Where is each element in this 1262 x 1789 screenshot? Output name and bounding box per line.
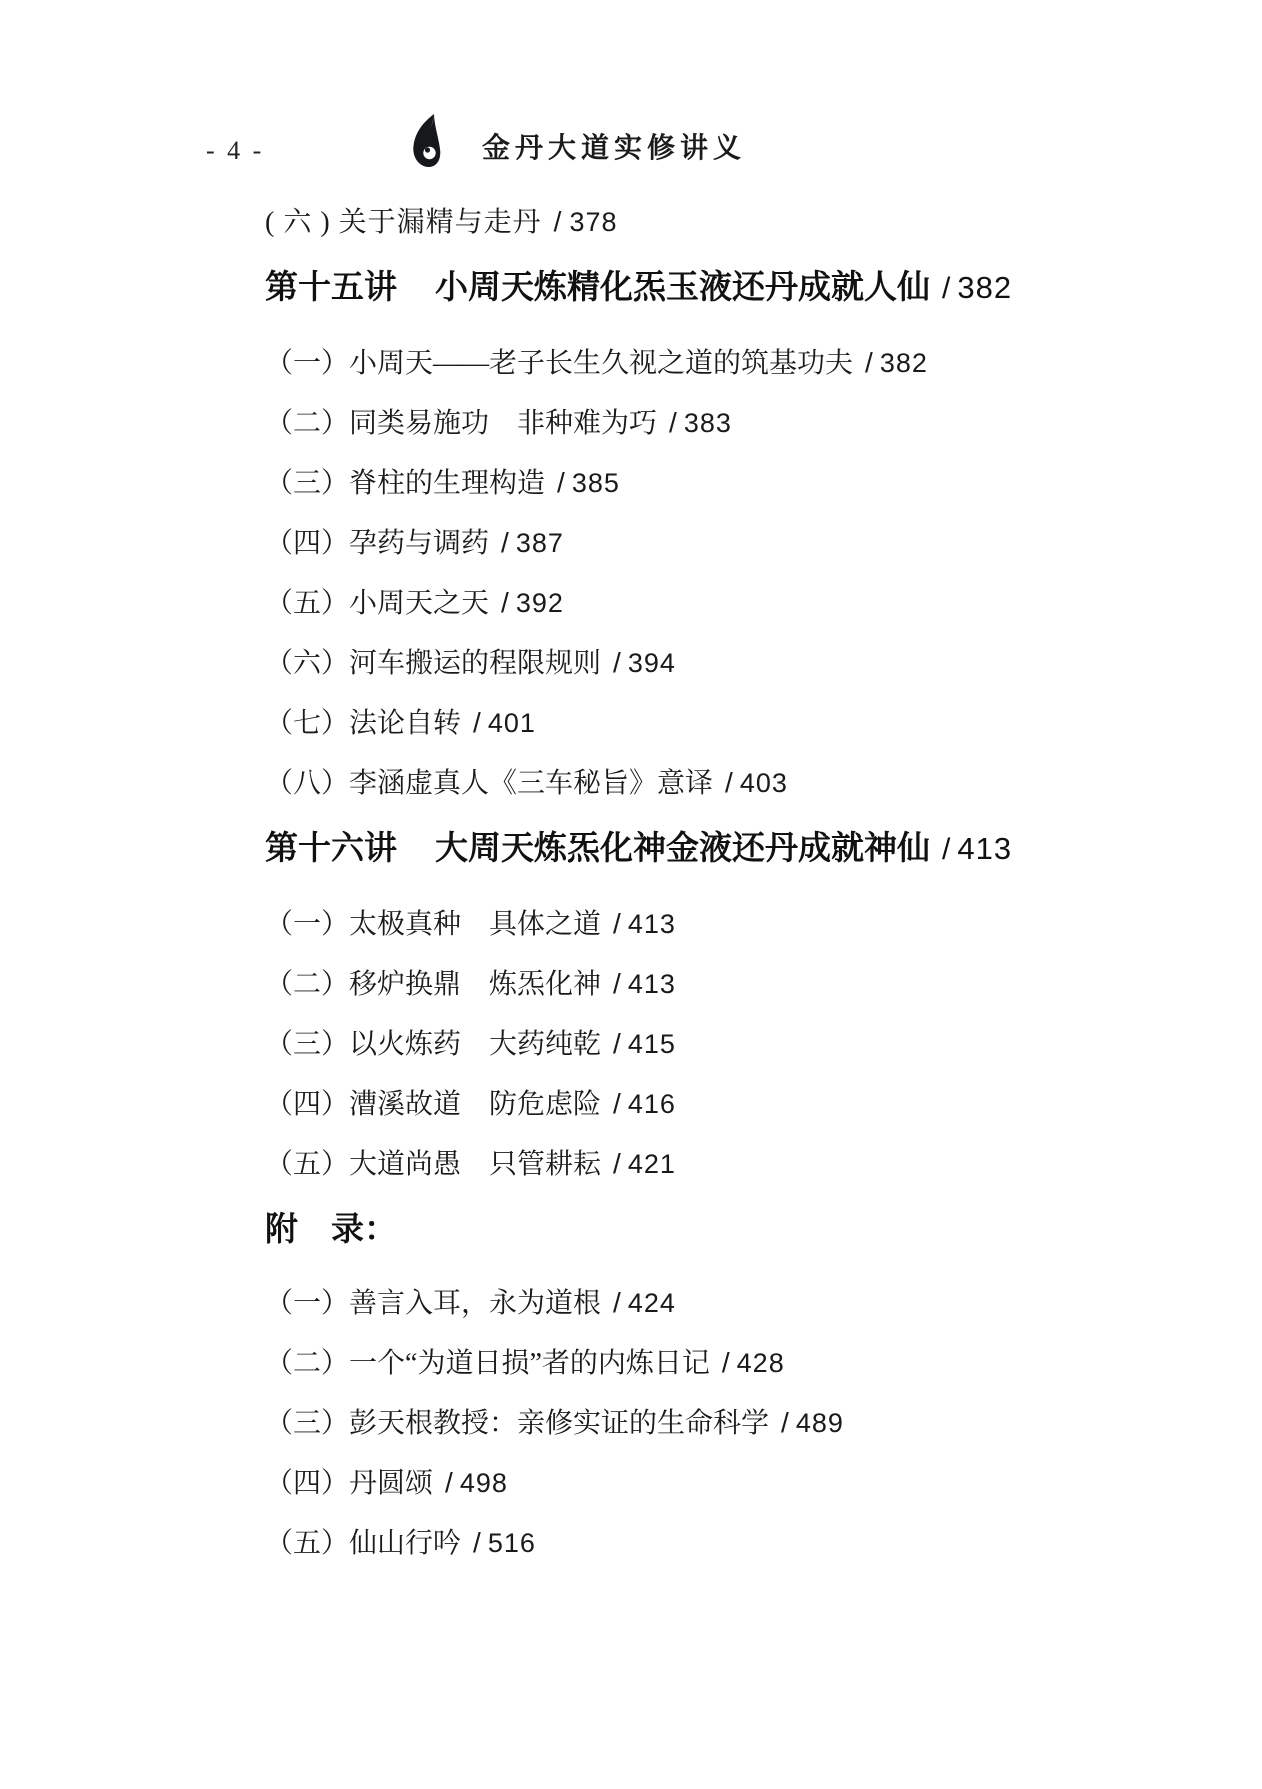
entry-page: 428 <box>737 1348 785 1378</box>
entry-title: 河车搬运的程限规则 <box>349 648 601 679</box>
toc-entry-appendix-1: （一）善言入耳，永为道根/424 <box>265 1286 1205 1321</box>
chapter-16-heading: 第十六讲大周天炼炁化神金液还丹成就神仙/413 <box>265 827 1205 871</box>
entry-divider: / <box>865 347 873 378</box>
entry-page: 403 <box>740 768 788 798</box>
entry-divider: / <box>669 407 677 438</box>
entry-title: 彭天根教授：亲修实证的生命科学 <box>349 1408 769 1439</box>
entry-page: 387 <box>516 528 564 558</box>
entry-label: （五） <box>265 588 349 619</box>
entry-divider: / <box>613 1088 621 1119</box>
entry-page: 416 <box>628 1089 676 1119</box>
book-title: 金丹大道实修讲义 <box>482 126 746 166</box>
entry-page: 489 <box>796 1408 844 1438</box>
toc-entry-appendix-4: （四）丹圆颂/498 <box>265 1466 1205 1501</box>
entry-title: 小周天之天 <box>349 588 489 619</box>
entry-page: 378 <box>569 207 617 237</box>
entry-divider: / <box>473 1527 481 1558</box>
entry-page: 421 <box>628 1149 676 1179</box>
entry-divider: / <box>613 1028 621 1059</box>
entry-title: 小周天——老子长生久视之道的筑基功夫 <box>349 348 853 379</box>
entry-title: 丹圆颂 <box>349 1468 433 1499</box>
entry-divider: / <box>501 527 509 558</box>
book-page: - 4 - 金丹大道实修讲义 ( 六 ) 关于漏精与走丹/378 第十五讲小周天… <box>0 0 1262 1789</box>
entry-title: 李涵虚真人《三车秘旨》意译 <box>349 768 713 799</box>
entry-page: 516 <box>488 1528 536 1558</box>
entry-title: 大道尚愚 只管耕耘 <box>349 1149 601 1180</box>
entry-label: （四） <box>265 1089 349 1120</box>
chapter-label: 第十五讲 <box>265 268 397 305</box>
entry-label: （一） <box>265 909 349 940</box>
toc-entry-15-5: （五）小周天之天/392 <box>265 586 1205 621</box>
entry-label: （四） <box>265 1468 349 1499</box>
toc-entry-15-3: （三）脊柱的生理构造/385 <box>265 466 1205 501</box>
entry-page: 394 <box>628 648 676 678</box>
entry-title: 漕溪故道 防危虑险 <box>349 1089 601 1120</box>
entry-label: （六） <box>265 648 349 679</box>
entry-divider: / <box>613 908 621 939</box>
entry-page: 413 <box>628 909 676 939</box>
entry-title: 以火炼药 大药纯乾 <box>349 1029 601 1060</box>
toc-entry-15-7: （七）法论自转/401 <box>265 706 1205 741</box>
entry-label: （四） <box>265 528 349 559</box>
entry-divider: / <box>613 647 621 678</box>
entry-divider: / <box>557 467 565 498</box>
entry-label: （一） <box>265 1288 349 1319</box>
toc-entry-16-1: （一）太极真种 具体之道/413 <box>265 907 1205 942</box>
toc-entry-15-1: （一）小周天——老子长生久视之道的筑基功夫/382 <box>265 346 1205 381</box>
table-of-contents: ( 六 ) 关于漏精与走丹/378 第十五讲小周天炼精化炁玉液还丹成就人仙/38… <box>265 205 1205 1586</box>
entry-label: ( 六 ) <box>265 207 339 238</box>
toc-entry-carryover-6: ( 六 ) 关于漏精与走丹/378 <box>265 205 1205 240</box>
entry-title: 法论自转 <box>349 708 461 739</box>
entry-label: （三） <box>265 1408 349 1439</box>
entry-page: 498 <box>460 1468 508 1498</box>
toc-entry-appendix-3: （三）彭天根教授：亲修实证的生命科学/489 <box>265 1406 1205 1441</box>
taiji-fish-icon <box>406 112 442 170</box>
entry-label: （五） <box>265 1528 349 1559</box>
entry-divider: / <box>942 833 950 866</box>
entry-page: 382 <box>957 270 1012 305</box>
toc-entry-16-4: （四）漕溪故道 防危虑险/416 <box>265 1087 1205 1122</box>
entry-title: 脊柱的生理构造 <box>349 468 545 499</box>
toc-entry-15-8: （八）李涵虚真人《三车秘旨》意译/403 <box>265 766 1205 801</box>
entry-page: 392 <box>516 588 564 618</box>
entry-title: 太极真种 具体之道 <box>349 909 601 940</box>
toc-entry-appendix-2: （二）一个“为道日损”者的内炼日记/428 <box>265 1346 1205 1381</box>
entry-page: 424 <box>628 1288 676 1318</box>
chapter-label: 第十六讲 <box>265 829 397 866</box>
entry-label: （三） <box>265 1029 349 1060</box>
toc-entry-15-6: （六）河车搬运的程限规则/394 <box>265 646 1205 681</box>
entry-page: 383 <box>684 408 732 438</box>
entry-title: 一个“为道日损”者的内炼日记 <box>349 1348 710 1379</box>
chapter-15-heading: 第十五讲小周天炼精化炁玉液还丹成就人仙/382 <box>265 266 1205 310</box>
entry-label: （三） <box>265 468 349 499</box>
entry-label: （二） <box>265 1348 349 1379</box>
entry-divider: / <box>473 707 481 738</box>
page-header: - 4 - 金丹大道实修讲义 <box>0 112 1262 176</box>
entry-divider: / <box>781 1407 789 1438</box>
entry-divider: / <box>501 587 509 618</box>
entry-label: （八） <box>265 768 349 799</box>
toc-entry-16-5: （五）大道尚愚 只管耕耘/421 <box>265 1147 1205 1182</box>
entry-title: 孕药与调药 <box>349 528 489 559</box>
entry-page: 413 <box>628 969 676 999</box>
entry-divider: / <box>942 272 950 305</box>
entry-label: （五） <box>265 1149 349 1180</box>
appendix-label: 附 录： <box>265 1210 397 1247</box>
toc-entry-16-2: （二）移炉换鼎 炼炁化神/413 <box>265 967 1205 1002</box>
entry-title: 善言入耳，永为道根 <box>349 1288 601 1319</box>
chapter-title: 大周天炼炁化神金液还丹成就神仙 <box>435 829 930 866</box>
entry-label: （一） <box>265 348 349 379</box>
entry-title: 仙山行吟 <box>349 1528 461 1559</box>
entry-divider: / <box>445 1467 453 1498</box>
entry-divider: / <box>725 767 733 798</box>
page-number: - 4 - <box>206 136 264 166</box>
entry-page: 382 <box>880 348 928 378</box>
entry-divider: / <box>613 968 621 999</box>
entry-page: 415 <box>628 1029 676 1059</box>
chapter-title: 小周天炼精化炁玉液还丹成就人仙 <box>435 268 930 305</box>
entry-title: 关于漏精与走丹 <box>339 207 542 238</box>
entry-title: 移炉换鼎 炼炁化神 <box>349 969 601 1000</box>
entry-page: 385 <box>572 468 620 498</box>
entry-divider: / <box>554 206 563 237</box>
entry-divider: / <box>613 1287 621 1318</box>
toc-entry-appendix-5: （五）仙山行吟/516 <box>265 1526 1205 1561</box>
toc-entry-15-4: （四）孕药与调药/387 <box>265 526 1205 561</box>
toc-entry-16-3: （三）以火炼药 大药纯乾/415 <box>265 1027 1205 1062</box>
entry-label: （二） <box>265 969 349 1000</box>
appendix-heading: 附 录： <box>265 1208 1205 1250</box>
entry-label: （七） <box>265 708 349 739</box>
toc-entry-15-2: （二）同类易施功 非种难为巧/383 <box>265 406 1205 441</box>
entry-divider: / <box>613 1148 621 1179</box>
entry-label: （二） <box>265 408 349 439</box>
entry-page: 413 <box>957 831 1012 866</box>
entry-title: 同类易施功 非种难为巧 <box>349 408 657 439</box>
entry-divider: / <box>722 1347 730 1378</box>
entry-page: 401 <box>488 708 536 738</box>
